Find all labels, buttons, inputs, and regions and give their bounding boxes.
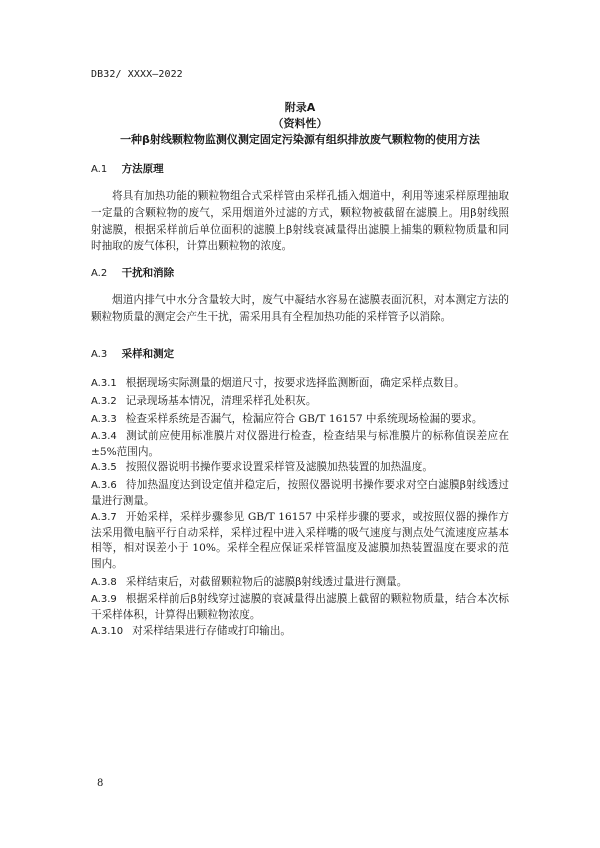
section-heading-a1: A.1 方法原理 [91,161,164,176]
section-heading-a2: A.2 干扰和消除 [91,265,174,280]
item-number: A.3.2 [91,396,117,407]
item-number: A.3.1 [91,378,117,389]
item-text: 待加热温度达到设定值并稳定后，按照仪器说明书操作要求对空白滤膜β射线透过量进行测… [91,479,509,507]
section-title: 方法原理 [122,163,164,175]
item-text: 检查采样系统是否漏气，检漏应符合 GB/T 16157 中系统现场检漏的要求。 [126,413,483,425]
list-item: A.3.9根据采样前后β射线穿过滤膜的衰减量得出滤膜上截留的颗粒物质量，结合本次… [91,592,509,623]
list-item: A.3.5按照仪器说明书操作要求设置采样管及滤膜加热装置的加热温度。 [91,460,509,476]
item-number: A.3.7 [91,512,117,523]
list-item: A.3.8采样结束后，对截留颗粒物后的滤膜β射线透过量进行测量。 [91,575,509,591]
list-item: A.3.6待加热温度达到设定值并稳定后，按照仪器说明书操作要求对空白滤膜β射线透… [91,478,509,509]
page-number: 8 [97,778,103,789]
section-number: A.3 [91,349,118,360]
list-item: A.3.10对采样结果进行存储或打印输出。 [91,624,509,640]
section-number: A.1 [91,164,118,175]
item-number: A.3.5 [91,462,117,473]
item-text: 测试前应使用标准膜片对仪器进行检查，检查结果与标准膜片的标称值误差应在±5%范围… [91,430,509,458]
item-number: A.3.3 [91,414,117,425]
annex-type: （资料性） [0,115,600,131]
item-text: 采样结束后，对截留颗粒物后的滤膜β射线透过量进行测量。 [126,576,408,588]
section-title: 干扰和消除 [122,267,175,279]
section-title: 采样和测定 [122,348,175,360]
item-text: 开始采样，采样步骤参见 GB/T 16157 中采样步骤的要求，或按照仪器的操作… [91,511,509,570]
list-item: A.3.1根据现场实际测量的烟道尺寸，按要求选择监测断面，确定采样点数目。 [91,376,509,392]
section-heading-a3: A.3 采样和测定 [91,346,174,361]
list-item: A.3.7开始采样，采样步骤参见 GB/T 16157 中采样步骤的要求，或按照… [91,510,509,572]
item-text: 根据采样前后β射线穿过滤膜的衰减量得出滤膜上截留的颗粒物质量，结合本次标干采样体… [91,593,509,621]
item-text: 按照仪器说明书操作要求设置采样管及滤膜加热装置的加热温度。 [126,461,433,473]
section-paragraph-a2: 烟道内排气中水分含量较大时，废气中凝结水容易在滤膜表面沉积，对本测定方法的颗粒物… [91,292,509,326]
item-text: 记录现场基本情况，清理采样孔处积灰。 [126,395,317,407]
standard-code: DB32/ XXXX—2022 [91,69,183,80]
item-number: A.3.4 [91,431,117,442]
section-paragraph-a1: 将具有加热功能的颗粒物组合式采样管由采样孔插入烟道中，利用等速采样原理抽取一定量… [91,188,509,255]
list-item: A.3.3检查采样系统是否漏气，检漏应符合 GB/T 16157 中系统现场检漏… [91,412,509,428]
annex-title: 附录A [0,99,600,115]
item-number: A.3.6 [91,480,117,491]
item-number: A.3.8 [91,577,117,588]
item-number: A.3.9 [91,594,117,605]
list-item: A.3.2记录现场基本情况，清理采样孔处积灰。 [91,394,509,410]
annex-name: 一种β射线颗粒物监测仪测定固定污染源有组织排放废气颗粒物的使用方法 [0,131,600,147]
item-text: 根据现场实际测量的烟道尺寸，按要求选择监测断面，确定采样点数目。 [126,377,465,389]
document-page: DB32/ XXXX—2022 附录A （资料性） 一种β射线颗粒物监测仪测定固… [0,0,600,848]
section-number: A.2 [91,268,118,279]
list-item: A.3.4测试前应使用标准膜片对仪器进行检查，检查结果与标准膜片的标称值误差应在… [91,429,509,460]
item-text: 对采样结果进行存储或打印输出。 [132,625,291,637]
item-number: A.3.10 [91,626,123,637]
